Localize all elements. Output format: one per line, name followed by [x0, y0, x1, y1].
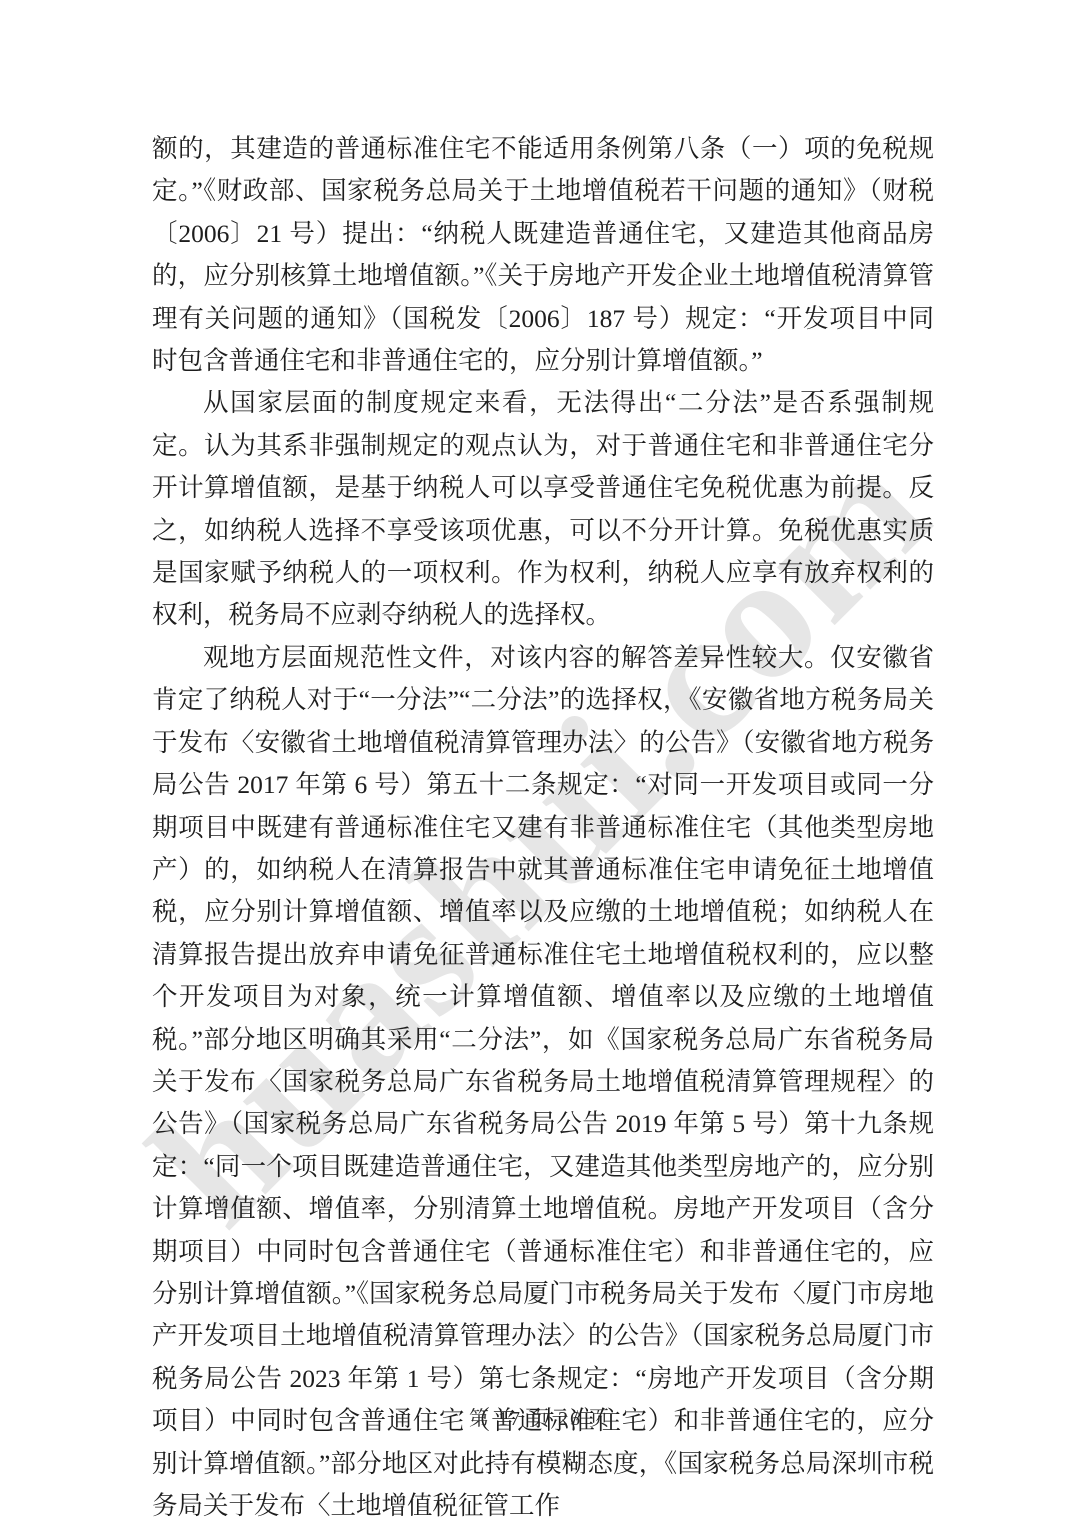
document-page: huashui.com 额的，其建造的普通标准住宅不能适用条例第八条（一）项的免…: [0, 0, 1080, 1527]
body-paragraph: 从国家层面的制度规定来看，无法得出“二分法”是否系强制规定。认为其系非强制规定的…: [152, 382, 934, 636]
body-paragraph: 额的，其建造的普通标准住宅不能适用条例第八条（一）项的免税规定。”《财政部、国家…: [152, 128, 934, 382]
body-paragraph: 观地方层面规范性文件，对该内容的解答差异性较大。仅安徽省肯定了纳税人对于“一分法…: [152, 637, 934, 1527]
page-footer: 第 17 页 26 页: [0, 1402, 1080, 1431]
document-body: 额的，其建造的普通标准住宅不能适用条例第八条（一）项的免税规定。”《财政部、国家…: [152, 128, 934, 1527]
page-number: 第 17 页 26 页: [469, 1408, 611, 1430]
